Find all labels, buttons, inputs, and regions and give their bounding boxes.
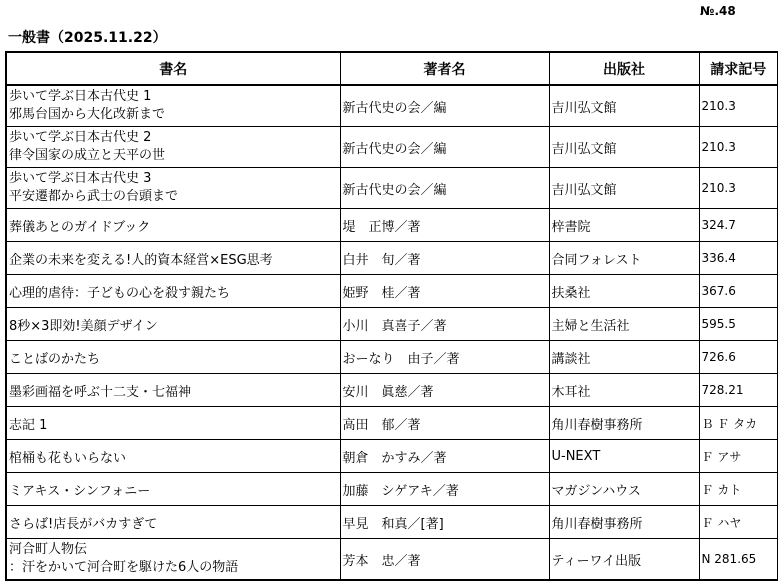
book-call-number: N 281.65 [699, 539, 778, 581]
book-call-number: Ｆ アサ [699, 440, 778, 473]
table-row: 歩いて学ぶ日本古代史 3平安遷都から武士の台頭まで 新古代史の会／編 吉川弘文館… [6, 168, 778, 209]
book-title: 心理的虐待：子どもの心を殺す親たち [6, 275, 340, 308]
book-title: さらば!店長がバカすぎて [6, 506, 340, 539]
book-call-number: 210.3 [699, 127, 778, 168]
book-call-number: 728.21 [699, 374, 778, 407]
title-line: 歩いて学ぶ日本古代史 2 [9, 129, 340, 147]
book-publisher: マガジンハウス [549, 473, 699, 506]
table-row: ことばのかたち おーなり 由子／著 講談社 726.6 [6, 341, 778, 374]
book-publisher: 合同フォレスト [549, 242, 699, 275]
book-call-number: Ｆ ハヤ [699, 506, 778, 539]
book-title: ことばのかたち [6, 341, 340, 374]
book-title: 棺桶も花もいらない [6, 440, 340, 473]
book-author: 加藤 シゲアキ／著 [340, 473, 549, 506]
book-call-number: 336.4 [699, 242, 778, 275]
book-publisher: U-NEXT [549, 440, 699, 473]
title-line: 歩いて学ぶ日本古代史 1 [9, 88, 340, 106]
book-author: おーなり 由子／著 [340, 341, 549, 374]
book-author: 姫野 桂／著 [340, 275, 549, 308]
column-header-title: 書名 [6, 52, 340, 85]
table-row: 葬儀あとのガイドブック 堤 正博／著 梓書院 324.7 [6, 209, 778, 242]
book-author: 高田 郁／著 [340, 407, 549, 440]
book-author: 白井 旬／著 [340, 242, 549, 275]
book-publisher: 吉川弘文館 [549, 168, 699, 209]
book-call-number: 324.7 [699, 209, 778, 242]
book-publisher: 主婦と生活社 [549, 308, 699, 341]
book-author: 早見 和真／[著] [340, 506, 549, 539]
book-publisher: 吉川弘文館 [549, 127, 699, 168]
book-title: 8秒×3即効!美顔デザイン [6, 308, 340, 341]
book-title: 歩いて学ぶ日本古代史 2律令国家の成立と天平の世 [6, 127, 340, 168]
book-publisher: 講談社 [549, 341, 699, 374]
table-row: 墨彩画福を呼ぶ十二支・七福神 安川 眞慈／著 木耳社 728.21 [6, 374, 778, 407]
column-header-author: 著者名 [340, 52, 549, 85]
book-list-table: 書名 著者名 出版社 請求記号 歩いて学ぶ日本古代史 1邪馬台国から大化改新まで… [5, 51, 778, 581]
document-number: №.48 [700, 4, 736, 18]
subtitle-line: 平安遷都から武士の台頭まで [9, 188, 340, 206]
book-call-number: 595.5 [699, 308, 778, 341]
book-title: 歩いて学ぶ日本古代史 3平安遷都から武士の台頭まで [6, 168, 340, 209]
book-title: 葬儀あとのガイドブック [6, 209, 340, 242]
book-author: 芳本 忠／著 [340, 539, 549, 581]
table-row: 8秒×3即効!美顔デザイン 小川 真喜子／著 主婦と生活社 595.5 [6, 308, 778, 341]
book-call-number: Ｆ カト [699, 473, 778, 506]
book-title: 企業の未来を変える!人的資本経営×ESG思考 [6, 242, 340, 275]
book-author: 新古代史の会／編 [340, 168, 549, 209]
book-call-number: Ｂ Ｆ タカ [699, 407, 778, 440]
book-author: 新古代史の会／編 [340, 85, 549, 127]
book-publisher: 梓書院 [549, 209, 699, 242]
book-author: 新古代史の会／編 [340, 127, 549, 168]
book-publisher: 扶桑社 [549, 275, 699, 308]
book-author: 堤 正博／著 [340, 209, 549, 242]
book-publisher: 角川春樹事務所 [549, 407, 699, 440]
book-publisher: ティーワイ出版 [549, 539, 699, 581]
table-row: 歩いて学ぶ日本古代史 2律令国家の成立と天平の世 新古代史の会／編 吉川弘文館 … [6, 127, 778, 168]
table-row: さらば!店長がバカすぎて 早見 和真／[著] 角川春樹事務所 Ｆ ハヤ [6, 506, 778, 539]
book-title: ミアキス・シンフォニー [6, 473, 340, 506]
book-publisher: 木耳社 [549, 374, 699, 407]
book-author: 安川 眞慈／著 [340, 374, 549, 407]
subtitle-line: 律令国家の成立と天平の世 [9, 147, 340, 165]
book-call-number: 210.3 [699, 85, 778, 127]
book-call-number: 210.3 [699, 168, 778, 209]
subtitle-line: 邪馬台国から大化改新まで [9, 106, 340, 124]
table-header-row: 書名 著者名 出版社 請求記号 [6, 52, 778, 85]
book-call-number: 367.6 [699, 275, 778, 308]
page-title: 一般書（2025.11.22） [8, 27, 167, 47]
book-title: 河合町人物伝：汗をかいて河合町を駆けた6人の物語 [6, 539, 340, 581]
table-row: 歩いて学ぶ日本古代史 1邪馬台国から大化改新まで 新古代史の会／編 吉川弘文館 … [6, 85, 778, 127]
table-row: 棺桶も花もいらない 朝倉 かすみ／著 U-NEXT Ｆ アサ [6, 440, 778, 473]
book-call-number: 726.6 [699, 341, 778, 374]
table-row: 企業の未来を変える!人的資本経営×ESG思考 白井 旬／著 合同フォレスト 33… [6, 242, 778, 275]
table-row: ミアキス・シンフォニー 加藤 シゲアキ／著 マガジンハウス Ｆ カト [6, 473, 778, 506]
book-title: 歩いて学ぶ日本古代史 1邪馬台国から大化改新まで [6, 85, 340, 127]
column-header-call-number: 請求記号 [699, 52, 778, 85]
subtitle-line: ：汗をかいて河合町を駆けた6人の物語 [9, 559, 340, 577]
book-title: 志記 1 [6, 407, 340, 440]
table-row: 志記 1 高田 郁／著 角川春樹事務所 Ｂ Ｆ タカ [6, 407, 778, 440]
column-header-publisher: 出版社 [549, 52, 699, 85]
book-publisher: 吉川弘文館 [549, 85, 699, 127]
table-row: 心理的虐待：子どもの心を殺す親たち 姫野 桂／著 扶桑社 367.6 [6, 275, 778, 308]
book-title: 墨彩画福を呼ぶ十二支・七福神 [6, 374, 340, 407]
table-row: 河合町人物伝：汗をかいて河合町を駆けた6人の物語 芳本 忠／著 ティーワイ出版 … [6, 539, 778, 581]
book-author: 小川 真喜子／著 [340, 308, 549, 341]
book-author: 朝倉 かすみ／著 [340, 440, 549, 473]
title-line: 歩いて学ぶ日本古代史 3 [9, 170, 340, 188]
title-line: 河合町人物伝 [9, 541, 340, 559]
book-publisher: 角川春樹事務所 [549, 506, 699, 539]
